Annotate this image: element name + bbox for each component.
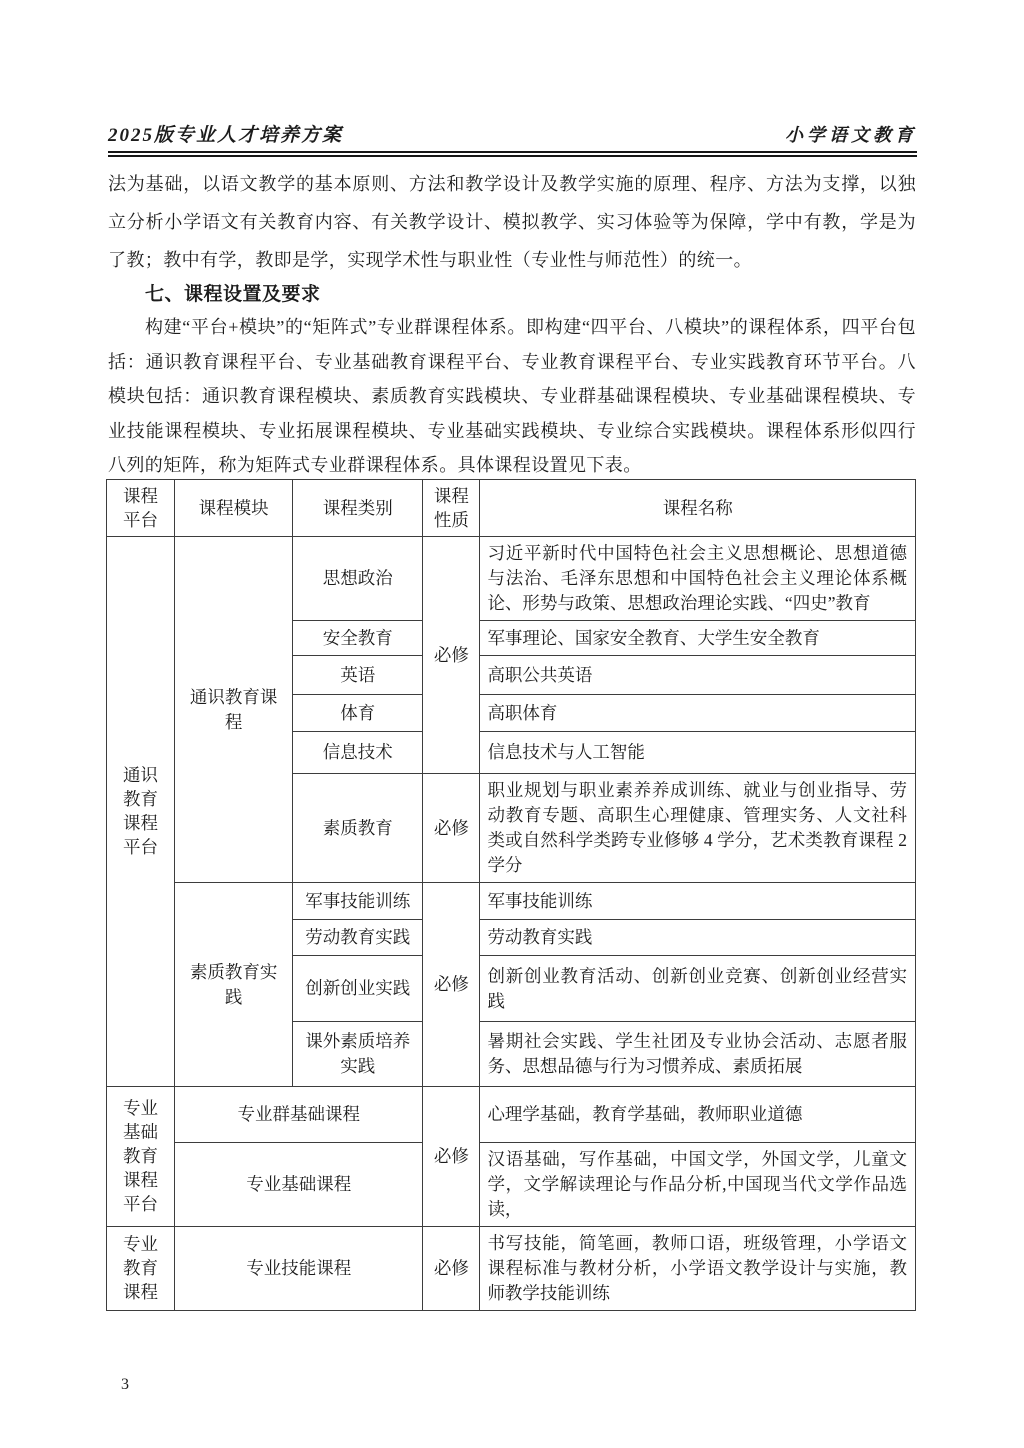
- cell-courses: 书写技能，简笔画，教师口语，班级管理，小学语文课程标准与教材分析，小学语文教学设…: [480, 1227, 916, 1311]
- cell-platform-professional-education: 专业教育课程: [107, 1227, 175, 1311]
- cell-nature-required: 必修: [423, 1227, 480, 1311]
- cell-category: 素质教育: [293, 774, 423, 883]
- course-settings-table: 课程平台 课程模块 课程类别 课程性质 课程名称 通识教育课程平台 通识教育课程…: [106, 479, 916, 1311]
- section-heading: 七、课程设置及要求: [108, 279, 916, 310]
- cell-category: 劳动教育实践: [293, 920, 423, 956]
- cell-category: 军事技能训练: [293, 883, 423, 920]
- cell-category: 专业群基础课程: [175, 1087, 423, 1143]
- cell-nature-required: 必修: [423, 883, 480, 1087]
- page-number: 3: [121, 1376, 129, 1394]
- cell-courses: 暑期社会实践、学生社团及专业协会活动、志愿者服务、思想品德与行为习惯养成、素质拓…: [480, 1022, 916, 1087]
- header-course-module: 课程模块: [175, 480, 293, 537]
- table-row: 专业基础课程 汉语基础，写作基础，中国文学，外国文学，儿童文学，文学解读理论与作…: [107, 1143, 916, 1227]
- cell-courses: 汉语基础，写作基础，中国文学，外国文学，儿童文学，文学解读理论与作品分析,中国现…: [480, 1143, 916, 1227]
- cell-platform-professional-basic: 专业基础教育课程平台: [107, 1087, 175, 1227]
- table-row: 素质教育实践 军事技能训练 必修 军事技能训练: [107, 883, 916, 920]
- table-row: 专业基础教育课程平台 专业群基础课程 必修 心理学基础，教育学基础，教师职业道德: [107, 1087, 916, 1143]
- cell-courses: 职业规划与职业素养养成训练、就业与创业指导、劳动教育专题、高职生心理健康、管理实…: [480, 774, 916, 883]
- table-row: 通识教育课程平台 通识教育课程 思想政治 必修 习近平新时代中国特色社会主义思想…: [107, 537, 916, 621]
- cell-module-general-courses: 通识教育课程: [175, 537, 293, 883]
- cell-platform-general: 通识教育课程平台: [107, 537, 175, 1087]
- header-right-title: 小学语文教育: [785, 121, 917, 147]
- cell-courses: 高职公共英语: [480, 656, 916, 695]
- paragraph-continued: 法为基础，以语文教学的基本原则、方法和教学设计及教学实施的原理、程序、方法为支撑…: [108, 165, 916, 279]
- page-header: 2025版专业人才培养方案 小学语文教育: [108, 120, 917, 157]
- cell-category: 英语: [293, 656, 423, 695]
- cell-module-quality-practice: 素质教育实践: [175, 883, 293, 1087]
- cell-courses: 劳动教育实践: [480, 920, 916, 956]
- cell-category: 体育: [293, 695, 423, 732]
- cell-courses: 心理学基础，教育学基础，教师职业道德: [480, 1087, 916, 1143]
- cell-category: 专业技能课程: [175, 1227, 423, 1311]
- header-left-title: 2025版专业人才培养方案: [108, 120, 343, 147]
- cell-courses: 军事技能训练: [480, 883, 916, 920]
- cell-category: 思想政治: [293, 537, 423, 621]
- cell-nature-required: 必修: [423, 774, 480, 883]
- cell-category: 课外素质培养实践: [293, 1022, 423, 1087]
- table-row: 专业教育课程 专业技能课程 必修 书写技能，简笔画，教师口语，班级管理，小学语文…: [107, 1227, 916, 1311]
- document-page: 2025版专业人才培养方案 小学语文教育 法为基础，以语文教学的基本原则、方法和…: [0, 0, 1024, 1448]
- cell-category: 信息技术: [293, 732, 423, 774]
- cell-courses: 信息技术与人工智能: [480, 732, 916, 774]
- cell-nature-required: 必修: [423, 537, 480, 774]
- cell-courses: 习近平新时代中国特色社会主义思想概论、思想道德与法治、毛泽东思想和中国特色社会主…: [480, 537, 916, 621]
- cell-category: 创新创业实践: [293, 956, 423, 1022]
- header-course-name: 课程名称: [480, 480, 916, 537]
- cell-courses: 创新创业教育活动、创新创业竞赛、创新创业经营实践: [480, 956, 916, 1022]
- table-header-row: 课程平台 课程模块 课程类别 课程性质 课程名称: [107, 480, 916, 537]
- paragraph-curriculum-system: 构建“平台+模块”的“矩阵式”专业群课程体系。即构建“四平台、八模块”的课程体系…: [108, 310, 916, 483]
- cell-category: 专业基础课程: [175, 1143, 423, 1227]
- header-course-category: 课程类别: [293, 480, 423, 537]
- body-text: 法为基础，以语文教学的基本原则、方法和教学设计及教学实施的原理、程序、方法为支撑…: [108, 165, 916, 483]
- header-course-platform: 课程平台: [107, 480, 175, 537]
- cell-courses: 军事理论、国家安全教育、大学生安全教育: [480, 621, 916, 656]
- header-course-nature: 课程性质: [423, 480, 480, 537]
- cell-courses: 高职体育: [480, 695, 916, 732]
- cell-category: 安全教育: [293, 621, 423, 656]
- cell-nature-required: 必修: [423, 1087, 480, 1227]
